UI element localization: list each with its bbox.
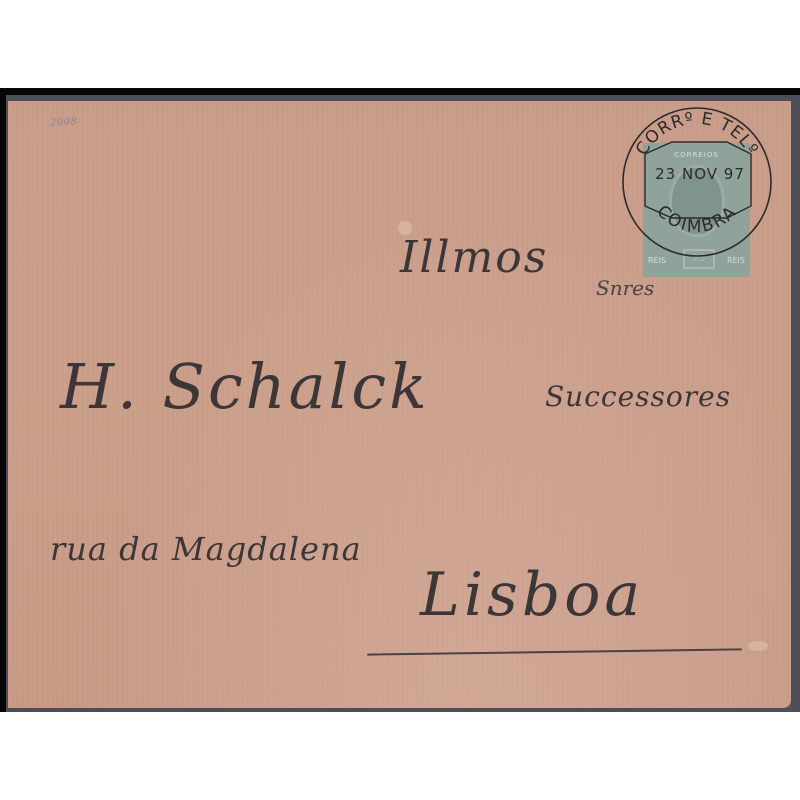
postmark-date: 23 NOV 97	[623, 165, 777, 183]
postmark-bottom-text: COIMBRA	[653, 202, 742, 237]
postmark: CORRº E TELº COIMBRA 23 NOV 97	[617, 102, 777, 262]
address-recipient-suffix: Successores	[545, 380, 731, 413]
postmark-top-text: CORRº E TELº	[632, 109, 762, 159]
svg-text:CORRº E TELº: CORRº E TELº	[632, 109, 762, 159]
address-city: Lisboa	[420, 560, 644, 630]
address-street: rua da Magdalena	[50, 530, 362, 568]
svg-text:COIMBRA: COIMBRA	[653, 202, 742, 237]
address-salutation: Illmos	[400, 232, 548, 283]
address-recipient: H. Schalck	[60, 350, 430, 423]
pencil-note: 2008	[50, 116, 78, 128]
address-salutation-suffix: Snres	[596, 276, 654, 300]
paper-spot	[748, 641, 768, 651]
